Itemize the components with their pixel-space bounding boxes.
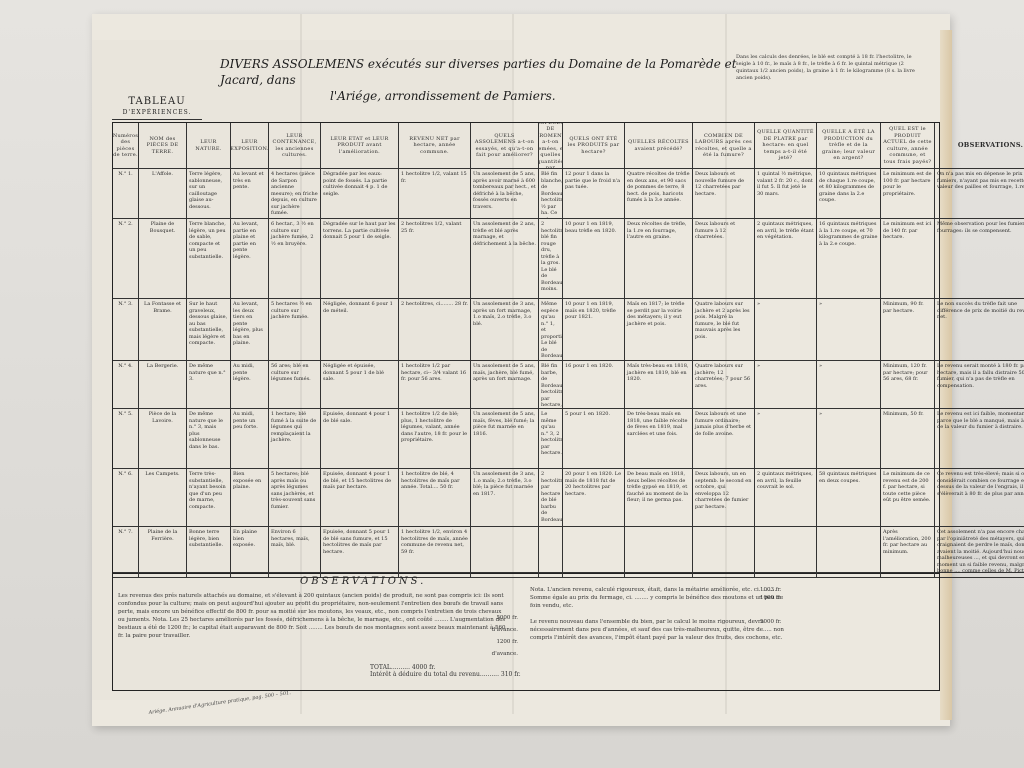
- table-cell-num: N.° 4.: [113, 361, 139, 409]
- table-cell-observations: Le non succès du trèfle fait une différe…: [935, 299, 1024, 361]
- table-cell-observations: Le revenu serait monté à 180 fr. par hec…: [935, 361, 1024, 409]
- table-cell-contenance: 1 hectare; blé fumé à la suite de légume…: [269, 409, 321, 469]
- observations-title: OBSERVATIONS.: [300, 576, 426, 587]
- table-cell-labours: Deux labours et une fumure ordinaire; ja…: [693, 409, 755, 469]
- table-cell-assolemens: Un assolement de 2 ans, trèfle et blé ap…: [471, 219, 539, 299]
- table-cell-nature: De même nature que n.° 3.: [187, 361, 231, 409]
- table-cell-actuel: Le minimum est ici de 140 fr. par hectar…: [881, 219, 935, 299]
- observations-totals: TOTAL.......... 4000 fr. Intérêt à dédui…: [370, 664, 521, 678]
- column-header: COMBIEN DE LABOURS après ces récoltes, e…: [693, 123, 755, 169]
- observations-right-note2: Le revenu nouveau dans l'ensemble du bie…: [530, 618, 790, 642]
- table-cell-recoltes: Maïs très-beau en 1818, jachère en 1819,…: [625, 361, 693, 409]
- table-cell-production: 10 quintaux métriques de chaque 1.re cou…: [817, 169, 881, 219]
- right-amount-2: 1000 fr.: [760, 594, 790, 602]
- table-cell-contenance: 6 hectar., 3 ½ en culture sur jachère fu…: [269, 219, 321, 299]
- table-cell-platre: [755, 527, 817, 573]
- table-cell-etat: Négligée et épuisée, donnant 5 pour 1 de…: [321, 361, 399, 409]
- table-cell-revenu: 1 hectolitre 1/2, valant 15 fr.: [399, 169, 471, 219]
- table-cell-nature: Sur le haut graveleux, dessous glaise, a…: [187, 299, 231, 361]
- table-cell-revenu: 1 hectolitre 1/2 par hectare, ci-- 3/4 v…: [399, 361, 471, 409]
- table-cell-platre: 2 quintaux métriques, en avril, la feuil…: [755, 469, 817, 527]
- right-amount-3: 5000 fr.: [760, 618, 790, 626]
- table-cell-froment: [539, 527, 563, 573]
- table-cell-name: La Bergerie.: [139, 361, 187, 409]
- table-cell-etat: Epuisée, donnant 5 pour 1 de blé sans fu…: [321, 527, 399, 573]
- table-cell-platre: 2 quintaux métriques, en avril, le trèfl…: [755, 219, 817, 299]
- table-cell-observations: Le revenu est ici faible, momentanément …: [935, 409, 1024, 469]
- left-heading-line2: D'EXPÉRIENCES.: [112, 109, 202, 120]
- table-cell-froment: Même espèce qu'au n.° 1, et proportion. …: [539, 299, 563, 361]
- table-cell-observations: Cet assolement n'a pas encore changé, pa…: [935, 527, 1024, 573]
- table-cell-name: Pièce de la Lavoire.: [139, 409, 187, 469]
- table-cell-exposition: Au midi, pente un peu forte.: [231, 409, 269, 469]
- table-cell-produits: 5 pour 1 en 1820.: [563, 409, 625, 469]
- left-heading-line1: TABLEAU: [112, 96, 202, 107]
- table-cell-production: [817, 527, 881, 573]
- table-cell-revenu: 2 hectolitres, ci........ 28 fr.: [399, 299, 471, 361]
- experiment-table: Numéros des pièces de terre.NOM des PIÈC…: [112, 122, 940, 574]
- table-cell-labours: Quatre labours sur jachère et 2 après le…: [693, 299, 755, 361]
- column-header: LEUR ETAT et LEUR PRODUIT avant l'amélio…: [321, 123, 399, 169]
- column-header: QUELLE QUANTITÉ DE PLATRE par hectare: e…: [755, 123, 817, 169]
- table-cell-contenance: Environ 6 hectares, maïs, maïs, blé.: [269, 527, 321, 573]
- table-cell-etat: Dégradée sur le haut par les torrens. La…: [321, 219, 399, 299]
- column-header: OBSERVATIONS.: [935, 123, 1024, 169]
- document-title: DIVERS ASSOLEMENS exécutés sur diverses …: [220, 56, 780, 104]
- right-amount-1: 1003 fr.: [760, 586, 790, 594]
- table-cell-exposition: Au levant, partie en plaine et partie en…: [231, 219, 269, 299]
- table-cell-contenance: 5 hectares; blé après maïs ou après légu…: [269, 469, 321, 527]
- table-cell-production: 58 quintaux métriques en deux coupes.: [817, 469, 881, 527]
- table-cell-labours: Quatre labours sur jachère; 12 charretée…: [693, 361, 755, 409]
- title-line2: l'Ariége, arrondissement de Pamiers.: [220, 88, 780, 104]
- table-cell-froment: Blé fin blanche, de Bordeaux, hectolitre…: [539, 169, 563, 219]
- interest-label: Intérêt à déduire du total du revenu....…: [370, 671, 499, 678]
- table-cell-exposition: En plaine bien exposée.: [231, 527, 269, 573]
- table-cell-revenu: 1 hectolitre 1/2 de blé; plus, 1 hectoli…: [399, 409, 471, 469]
- table-cell-observations: On n'a pas mis en dépense le prix des fu…: [935, 169, 1024, 219]
- table-cell-assolemens: Un assolement de 3 ans, après un fort ma…: [471, 299, 539, 361]
- table-cell-num: N.° 6.: [113, 469, 139, 527]
- table-cell-assolemens: [471, 527, 539, 573]
- amount-advance-1: 5000 fr. d'avance.: [478, 612, 518, 636]
- table-cell-recoltes: Quatre récoltes de trèfle en deux ans, e…: [625, 169, 693, 219]
- table-cell-assolemens: Un assolement de 3 ans, 1.o maïs; 2.o tr…: [471, 469, 539, 527]
- column-header: LEUR EXPOSITION.: [231, 123, 269, 169]
- table-cell-revenu: 2 hectolitres 1/2, valant 25 fr.: [399, 219, 471, 299]
- table-cell-nature: Terre légère, sablonneuse, sur un caillo…: [187, 169, 231, 219]
- table-cell-observations: Même observation pour les fumiers et les…: [935, 219, 1024, 299]
- table-cell-num: N.° 5.: [113, 409, 139, 469]
- amount-advance-2: 1200 fr. d'avance.: [478, 636, 518, 660]
- table-cell-etat: Négligée, donnant 6 pour 1 de méteil.: [321, 299, 399, 361]
- observations-left-amounts: 5000 fr. d'avance. 1200 fr. d'avance.: [478, 612, 518, 660]
- column-header: QUELLES RÉCOLTES avaient précédé?: [625, 123, 693, 169]
- table-cell-produits: 10 pour 1 en 1819, beau trèfle en 1820.: [563, 219, 625, 299]
- table-cell-observations: Ce revenu est très-élevé; mais si on con…: [935, 469, 1024, 527]
- observations-left-text: Les revenus des prés naturels attachés a…: [118, 592, 508, 640]
- table-cell-nature: De même nature que le n.° 3, mais plus s…: [187, 409, 231, 469]
- table-cell-etat: Dégradée par les eaux: point de fossés. …: [321, 169, 399, 219]
- table-cell-revenu: 1 hectolitre de blé, 4 hectolitres de ma…: [399, 469, 471, 527]
- table-cell-froment: 2 hectolitres par hectare de blé barbu d…: [539, 469, 563, 527]
- table-cell-name: Plaine de la Ferrière.: [139, 527, 187, 573]
- column-header: Numéros des pièces de terre.: [113, 123, 139, 169]
- table-cell-exposition: Au midi, pente légère.: [231, 361, 269, 409]
- table-cell-revenu: 1 hectolitre 1/2, environ 4 hectolitres …: [399, 527, 471, 573]
- table-cell-produits: 20 pour 1 en 1820. Le maïs de 1818 fut d…: [563, 469, 625, 527]
- column-header: REVENU NET par hectare, année commune.: [399, 123, 471, 169]
- left-heading: TABLEAU D'EXPÉRIENCES.: [112, 96, 202, 120]
- table-cell-name: Les Campets.: [139, 469, 187, 527]
- table-cell-recoltes: [625, 527, 693, 573]
- table-cell-num: N.° 7.: [113, 527, 139, 573]
- table-cell-platre: 1 quintal ½ métrique, valant 2 fr. 20 c.…: [755, 169, 817, 219]
- table-cell-assolemens: Un assolement de 5 ans, maïs, jachère, b…: [471, 361, 539, 409]
- table-cell-num: N.° 1.: [113, 169, 139, 219]
- column-header: QUELS ASSOLEMENS a-t-on essayés, et qu'a…: [471, 123, 539, 169]
- table-cell-recoltes: De très-beau maïs en 1818, une faible ré…: [625, 409, 693, 469]
- table-cell-exposition: Bien exposée en plaine.: [231, 469, 269, 527]
- total-value: 4000 fr.: [412, 664, 436, 671]
- table-cell-actuel: Minimum, 90 fr. par hectare.: [881, 299, 935, 361]
- table-cell-actuel: Le minimum est de 100 fr. par hectare po…: [881, 169, 935, 219]
- column-header: QUELS ONT ÉTÉ les PRODUITS par hectare?: [563, 123, 625, 169]
- table-cell-nature: Terre très-substantielle, n'ayant besoin…: [187, 469, 231, 527]
- observations-right-note1: Nota. L'ancien revenu, calculé rigoureux…: [530, 586, 790, 610]
- table-cell-num: N.° 3.: [113, 299, 139, 361]
- column-header: LEUR CONTENANCE, les anciennes cultures.: [269, 123, 321, 169]
- table-cell-labours: [693, 527, 755, 573]
- column-header: NOM des PIÈCES DE TERRE.: [139, 123, 187, 169]
- table-cell-actuel: Minimum, 50 fr.: [881, 409, 935, 469]
- table-cell-exposition: Au levant, les deux tiers en pente légèr…: [231, 299, 269, 361]
- total-label: TOTAL..........: [370, 664, 410, 671]
- table-cell-production: »: [817, 299, 881, 361]
- table-cell-assolemens: Un assolement de 5 ans, après avoir marn…: [471, 169, 539, 219]
- table-cell-labours: Deux labours et nouvelle fumure de 12 ch…: [693, 169, 755, 219]
- table-cell-name: Plaine de Bousquet.: [139, 219, 187, 299]
- table-cell-froment: Le même qu'au n.° 3, 2 hectolitres par h…: [539, 409, 563, 469]
- table-cell-contenance: 56 ares; blé en culture sur légumes fumé…: [269, 361, 321, 409]
- table-cell-produits: 12 pour 1 dans la partie que le froid n'…: [563, 169, 625, 219]
- table-cell-nature: Bonne terre légère, bien substantielle.: [187, 527, 231, 573]
- observations-right-text: Nota. L'ancien revenu, calculé rigoureux…: [530, 586, 790, 642]
- table-cell-num: N.° 2.: [113, 219, 139, 299]
- table-cell-platre: »: [755, 409, 817, 469]
- table-cell-production: 16 quintaux métriques à la 1.re coupe, e…: [817, 219, 881, 299]
- column-header: QUELLES ESPÈCES DE FROMENT a-t-on semées…: [539, 123, 563, 169]
- table-cell-exposition: Au levant et très en pente.: [231, 169, 269, 219]
- table-cell-froment: Blé fin barbe, de Bordeaux, hectolitres …: [539, 361, 563, 409]
- table-cell-produits: 10 pour 1 en 1819, maïs en 1820, trèfle …: [563, 299, 625, 361]
- observations-right-amounts: 1003 fr. 1000 fr. 5000 fr.: [760, 586, 790, 626]
- table-cell-actuel: Après l'amélioration, 200 fr. par hectar…: [881, 527, 935, 573]
- table-cell-nature: Terre blanche, légère, un peu de sable, …: [187, 219, 231, 299]
- table-cell-name: La Fontasse et Brame.: [139, 299, 187, 361]
- table-cell-labours: Deux labours et fumure à 12 charretées.: [693, 219, 755, 299]
- table-cell-production: »: [817, 361, 881, 409]
- table-cell-labours: Deux labours, un en septemb. le second e…: [693, 469, 755, 527]
- table-cell-platre: »: [755, 299, 817, 361]
- table-cell-observations: [935, 573, 1024, 578]
- column-header: LEUR NATURE.: [187, 123, 231, 169]
- table-cell-actuel: Le minimum de ce revenu est de 200 f. pa…: [881, 469, 935, 527]
- column-header: QUELLE A ÉTÉ LA PRODUCTION du trèfle et …: [817, 123, 881, 169]
- table-cell-recoltes: De beau maïs en 1818, deux belles récolt…: [625, 469, 693, 527]
- table-cell-froment: 2 hectolitres blé fin rouge dru, trèfle …: [539, 219, 563, 299]
- price-note: Dans les calculs des denrées, le blé est…: [736, 54, 926, 82]
- table-cell-assolemens: Un assolement de 5 ans, maïs, fèves, blé…: [471, 409, 539, 469]
- table-cell-platre: »: [755, 361, 817, 409]
- table-cell-name: L'Affole.: [139, 169, 187, 219]
- table-cell-recoltes: Deux récoltes de trèfle, la 1.re en four…: [625, 219, 693, 299]
- interest-value: 310 fr.: [501, 671, 521, 678]
- table-cell-produits: [563, 527, 625, 573]
- table-cell-contenance: 4 hectares (pièce de Sarpon ancienne mes…: [269, 169, 321, 219]
- table-cell-production: »: [817, 409, 881, 469]
- table-cell-produits: 16 pour 1 en 1820.: [563, 361, 625, 409]
- table-cell-actuel: Minimum, 120 fr. par hectare; pour 56 ar…: [881, 361, 935, 409]
- table-cell-etat: Epuisée, donnant 4 pour 1 de blé, et 15 …: [321, 469, 399, 527]
- column-header: QUEL EST le PRODUIT ACTUEL de cette cult…: [881, 123, 935, 169]
- table-cell-recoltes: Maïs en 1817; le trèfle se perdit par la…: [625, 299, 693, 361]
- table-cell-contenance: 5 hectares ½ en culture sur jachère fumé…: [269, 299, 321, 361]
- title-line1: DIVERS ASSOLEMENS exécutés sur diverses …: [220, 56, 780, 88]
- table-cell-etat: Epuisée, donnant 4 pour 1 de blé sale.: [321, 409, 399, 469]
